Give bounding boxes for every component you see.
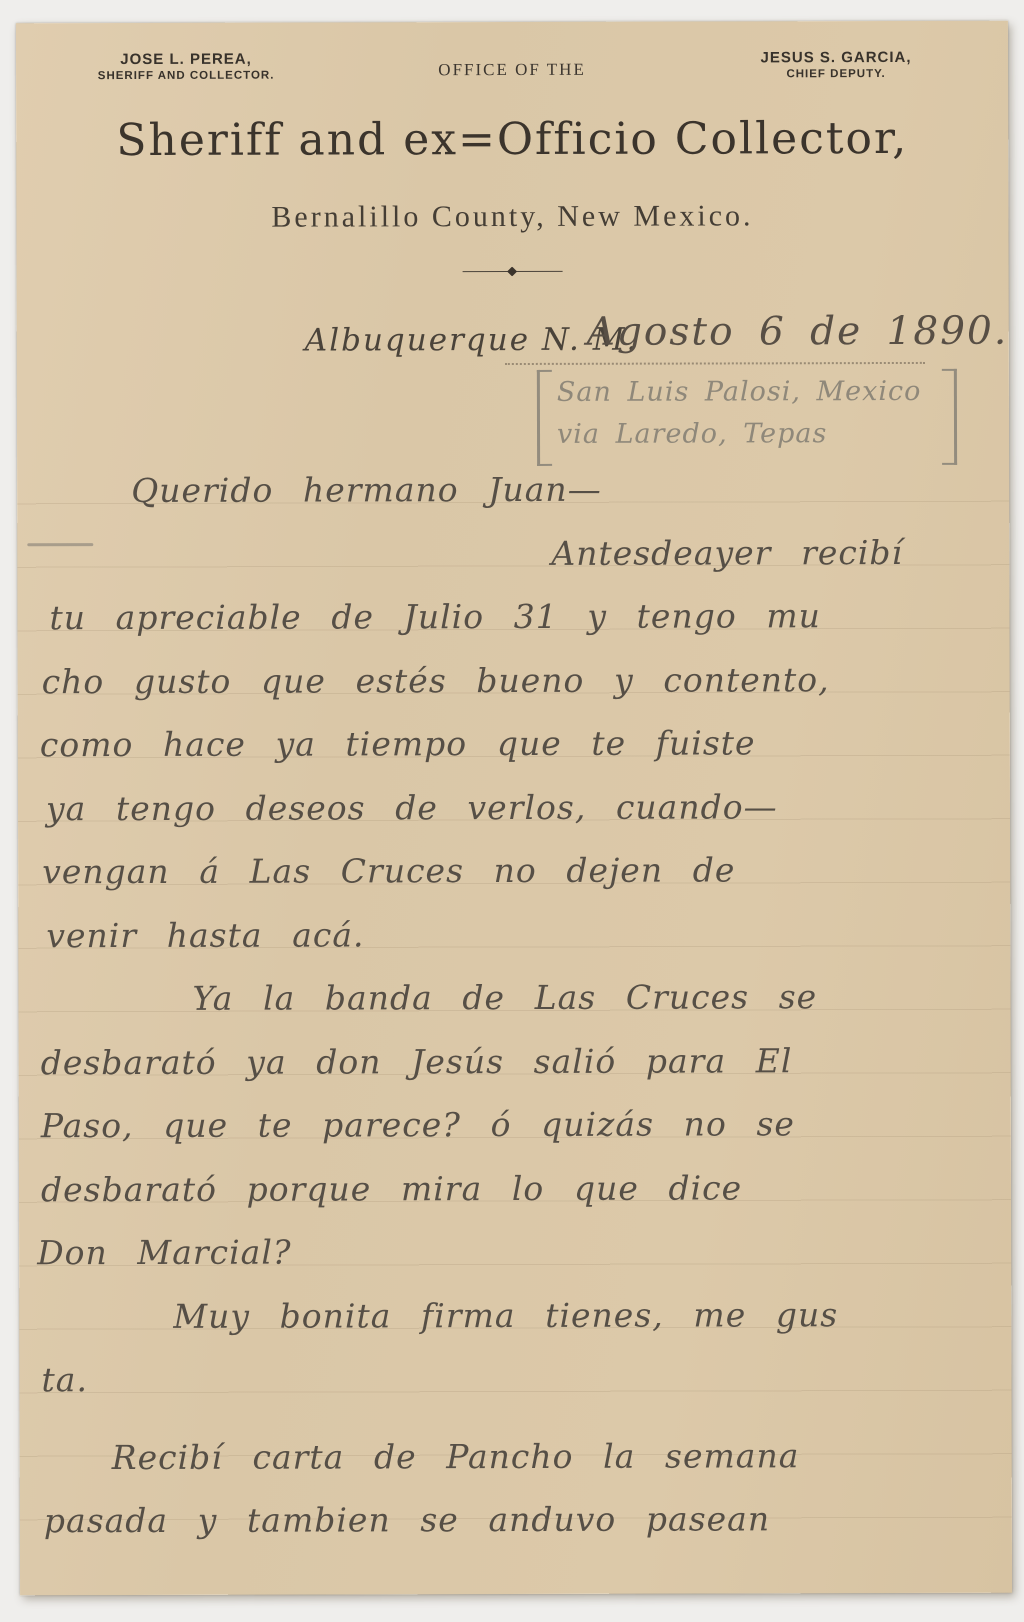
sheriff-title: SHERIFF AND COLLECTOR.: [76, 70, 296, 83]
handwritten-line: Querido hermano Juan—: [131, 457, 993, 523]
handwritten-line: pasada y tambien se anduvo pasean: [44, 1487, 996, 1553]
handwritten-line: Antesdeayer recibí: [551, 520, 993, 585]
handwritten-line: venir hasta acá.: [46, 901, 994, 967]
sheriff-name: JOSE L. PEREA,: [76, 51, 296, 69]
right-bracket-mark: [942, 369, 957, 465]
handwritten-line: como hace ya tiempo que te fuiste: [40, 711, 994, 777]
letter-body: Querido hermano Juan—Antesdeayer recibít…: [31, 457, 996, 1553]
handwritten-line: ta.: [41, 1346, 995, 1412]
pencil-annotation: San Luis Palosi, Mexico via Laredo, Tepa…: [537, 369, 957, 462]
handwritten-line: Ya la banda de Las Cruces se: [192, 965, 994, 1031]
handwritten-line: cho gusto que estés bueno y contento,: [42, 647, 994, 713]
handwritten-date: Agosto 6 de 1890.: [587, 309, 1009, 355]
handwritten-line: Muy bonita firma tienes, me gus: [173, 1282, 995, 1348]
handwritten-line: ya tengo deseos de verlos, cuando—: [46, 774, 994, 840]
ornamental-divider: [463, 270, 563, 273]
letterhead: JOSE L. PEREA, SHERIFF AND COLLECTOR. OF…: [16, 49, 1008, 52]
letter-page: JOSE L. PEREA, SHERIFF AND COLLECTOR. OF…: [16, 21, 1012, 1596]
handwritten-line: Recibí carta de Pancho la semana: [112, 1423, 996, 1489]
handwritten-line: vengan á Las Cruces no dejen de: [42, 838, 994, 904]
deputy-title: CHIEF DEPUTY.: [716, 68, 956, 81]
letterhead-main-title: Sheriff and ex=Officio Collector,: [16, 113, 1008, 167]
letterhead-left: JOSE L. PEREA, SHERIFF AND COLLECTOR.: [76, 51, 296, 83]
date-dotted-line: [505, 362, 925, 365]
deputy-name: JESUS S. GARCIA,: [716, 49, 956, 67]
pencil-annotation-line1: San Luis Palosi, Mexico: [557, 371, 939, 414]
office-of-the-label: OFFICE OF THE: [402, 60, 622, 81]
letterhead-right: JESUS S. GARCIA, CHIEF DEPUTY.: [716, 49, 956, 81]
handwritten-line: tu apreciable de Julio 31 y tengo mu: [49, 584, 993, 650]
divider-diamond: [507, 267, 517, 277]
handwritten-line: desbarató porque mira lo que dice: [41, 1155, 995, 1221]
handwritten-line: Don Marcial?: [37, 1219, 995, 1285]
left-bracket-mark: [537, 370, 552, 466]
handwritten-line: Paso, que te parece? ó quizás no se: [41, 1092, 995, 1158]
pencil-annotation-line2: via Laredo, Tepas: [557, 413, 939, 456]
handwritten-line: desbarató ya don Jesús salió para El: [41, 1028, 995, 1094]
letterhead-subtitle: Bernalillo County, New Mexico.: [16, 199, 1008, 236]
